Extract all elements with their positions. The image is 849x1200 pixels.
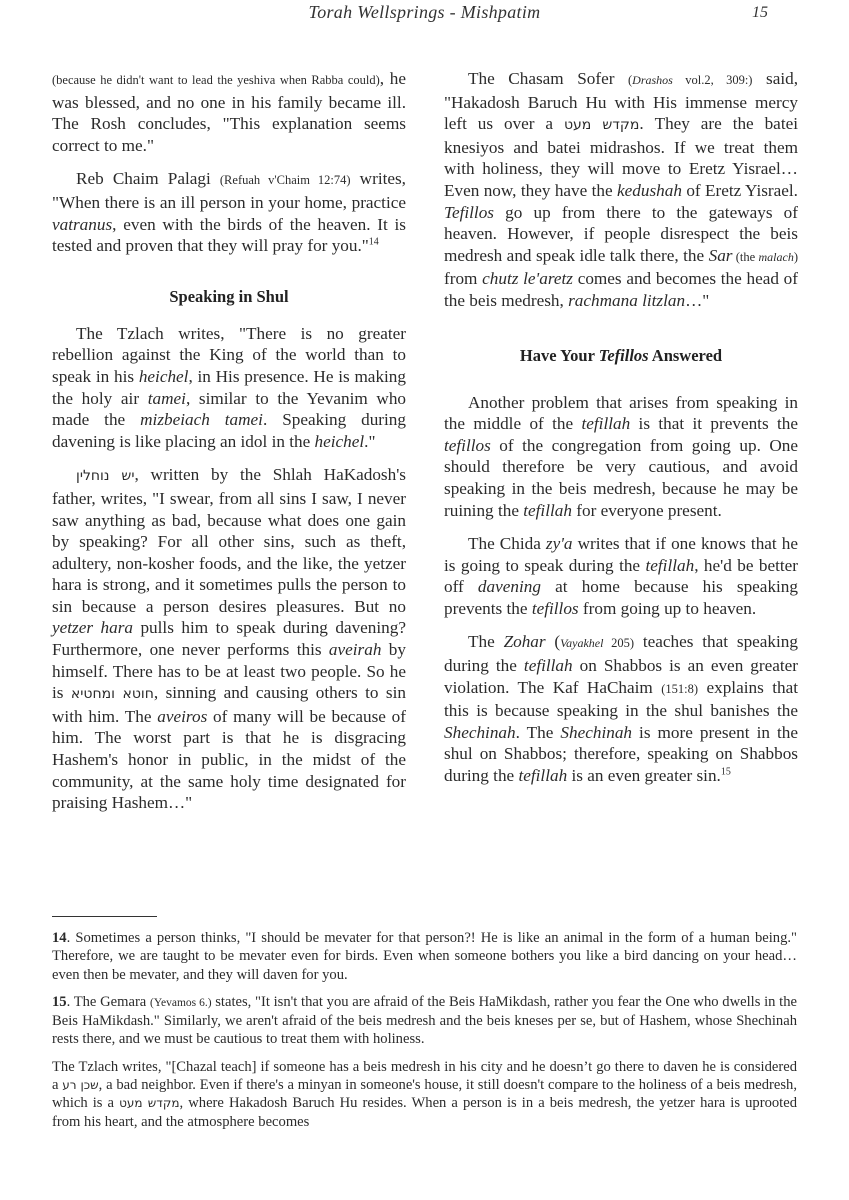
italic-term: aveirah xyxy=(329,640,382,659)
italic-term: yetzer hara xyxy=(52,618,133,637)
italic-term: Tefillos xyxy=(444,203,494,222)
text-run: for everyone present. xyxy=(572,501,722,520)
footnotes-section: 14. Sometimes a person thinks, "I should… xyxy=(52,916,797,1140)
text-run: ." xyxy=(364,432,375,451)
text-run: The Chida xyxy=(468,534,546,553)
italic-term: Zohar xyxy=(504,632,546,651)
text-run: . Sometimes a person thinks, "I should b… xyxy=(52,930,797,983)
left-paragraphs: (because he didn't want to lead the yesh… xyxy=(52,68,406,257)
right-column: The Chasam Sofer (Drashos vol.2, 309:) s… xyxy=(444,68,798,799)
footnote: 15. The Gemara (Yevamos 6.) states, "It … xyxy=(52,993,797,1049)
body-paragraph: The Chasam Sofer (Drashos vol.2, 309:) s… xyxy=(444,68,798,312)
italic-term: zy'a xyxy=(546,534,573,553)
italic-term: vatranus xyxy=(52,215,112,234)
text-run: …" xyxy=(685,291,709,310)
footnote: The Tzlach writes, "[Chazal teach] if so… xyxy=(52,1058,797,1131)
body-paragraph: (because he didn't want to lead the yesh… xyxy=(52,68,406,156)
italic-term: chutz le'aretz xyxy=(482,269,573,288)
italic-term: heichel xyxy=(315,432,365,451)
citation: (151:8) xyxy=(661,682,698,696)
section-heading-have-your-tefillos-answered: Have Your Tefillos Answered xyxy=(444,346,798,366)
footnote-number: 14 xyxy=(52,930,67,946)
footnote-list: 14. Sometimes a person thinks, "I should… xyxy=(52,929,797,1131)
left-column: (because he didn't want to lead the yesh… xyxy=(52,68,406,826)
text-run: is that it prevents the xyxy=(630,414,798,433)
italic-term: kedushah xyxy=(617,181,682,200)
citation: (because he didn't want to lead the yesh… xyxy=(52,73,380,87)
page-number: 15 xyxy=(752,4,768,22)
italic-term: tefillah xyxy=(581,414,630,433)
citation: (Yevamos 6.) xyxy=(150,997,212,1009)
text-run: of Eretz Yisrael. xyxy=(682,181,798,200)
text-run: Reb Chaim Palagi xyxy=(76,169,220,188)
heading-part: Answered xyxy=(649,346,723,365)
italic-term: Shechinah xyxy=(444,723,516,742)
citation: (Refuah v'Chaim 12:74) xyxy=(220,173,351,187)
footnote-number: 15 xyxy=(52,994,67,1010)
footnote: 14. Sometimes a person thinks, "I should… xyxy=(52,929,797,984)
citation: (the xyxy=(732,250,758,264)
italic-term: davening xyxy=(478,577,541,596)
italic-term: Sar xyxy=(709,246,733,265)
footnote-ref: 15 xyxy=(721,766,731,777)
text-run: ( xyxy=(546,632,561,651)
text-run: is an even greater sin. xyxy=(567,766,721,785)
citation: ) xyxy=(794,250,798,264)
italic-term: tefillah xyxy=(524,656,573,675)
body-paragraph: The Zohar (Vayakhel 205) teaches that sp… xyxy=(444,631,798,786)
running-header-title: Torah Wellsprings - Mishpatim xyxy=(0,2,849,23)
body-paragraph: The Chida zy'a writes that if one knows … xyxy=(444,533,798,619)
citation: vol.2, 309:) xyxy=(673,73,753,87)
text-run: from xyxy=(444,269,482,288)
text-run: . The Gemara xyxy=(67,994,150,1010)
footnote-ref: 14 xyxy=(369,236,379,247)
text-run: The xyxy=(468,632,504,651)
hebrew-text: שכן רע xyxy=(62,1078,98,1092)
italic-term: tefillah xyxy=(518,766,567,785)
text-run: The Chasam Sofer xyxy=(468,69,628,88)
hebrew-text: מקדש מעט xyxy=(564,117,639,133)
body-paragraph: Another problem that arises from speakin… xyxy=(444,392,798,522)
hebrew-text: מקדש מעט xyxy=(119,1096,179,1110)
left-paragraphs-after-heading: The Tzlach writes, "There is no greater … xyxy=(52,323,406,814)
italic-term: tefillos xyxy=(444,436,491,455)
citation: 205) xyxy=(603,636,634,650)
citation: malach xyxy=(759,250,794,264)
body-paragraph: Reb Chaim Palagi (Refuah v'Chaim 12:74) … xyxy=(52,168,406,256)
heading-part: Have Your xyxy=(520,346,599,365)
italic-term: tefillos xyxy=(532,599,579,618)
text-run: from going up to heaven. xyxy=(579,599,757,618)
italic-term: rachmana litzlan xyxy=(568,291,685,310)
body-paragraph: The Tzlach writes, "There is no greater … xyxy=(52,323,406,453)
italic-term: mizbeiach tamei xyxy=(140,410,263,429)
hebrew-text: חוטא ומחטיא xyxy=(71,686,154,702)
italic-term: tefillah xyxy=(523,501,572,520)
italic-term: heichel xyxy=(139,367,189,386)
footnote-separator xyxy=(52,916,157,917)
body-paragraph: יש נוחלין, written by the Shlah HaKadosh… xyxy=(52,464,406,814)
text-run: . The xyxy=(516,723,561,742)
hebrew-text: יש נוחלין xyxy=(76,468,134,484)
italic-term: tamei xyxy=(148,389,186,408)
right-paragraphs-after-heading: Another problem that arises from speakin… xyxy=(444,392,798,787)
citation: Drashos xyxy=(632,73,673,87)
right-paragraphs: The Chasam Sofer (Drashos vol.2, 309:) s… xyxy=(444,68,798,312)
italic-term: aveiros xyxy=(157,707,207,726)
citation: Vayakhel xyxy=(560,636,603,650)
text-run: , written by the Shlah HaKadosh's father… xyxy=(52,465,406,616)
heading-part-italic: Tefillos xyxy=(599,346,649,365)
italic-term: tefillah xyxy=(645,556,694,575)
italic-term: Shechinah xyxy=(560,723,632,742)
section-heading-speaking-in-shul: Speaking in Shul xyxy=(52,287,406,307)
